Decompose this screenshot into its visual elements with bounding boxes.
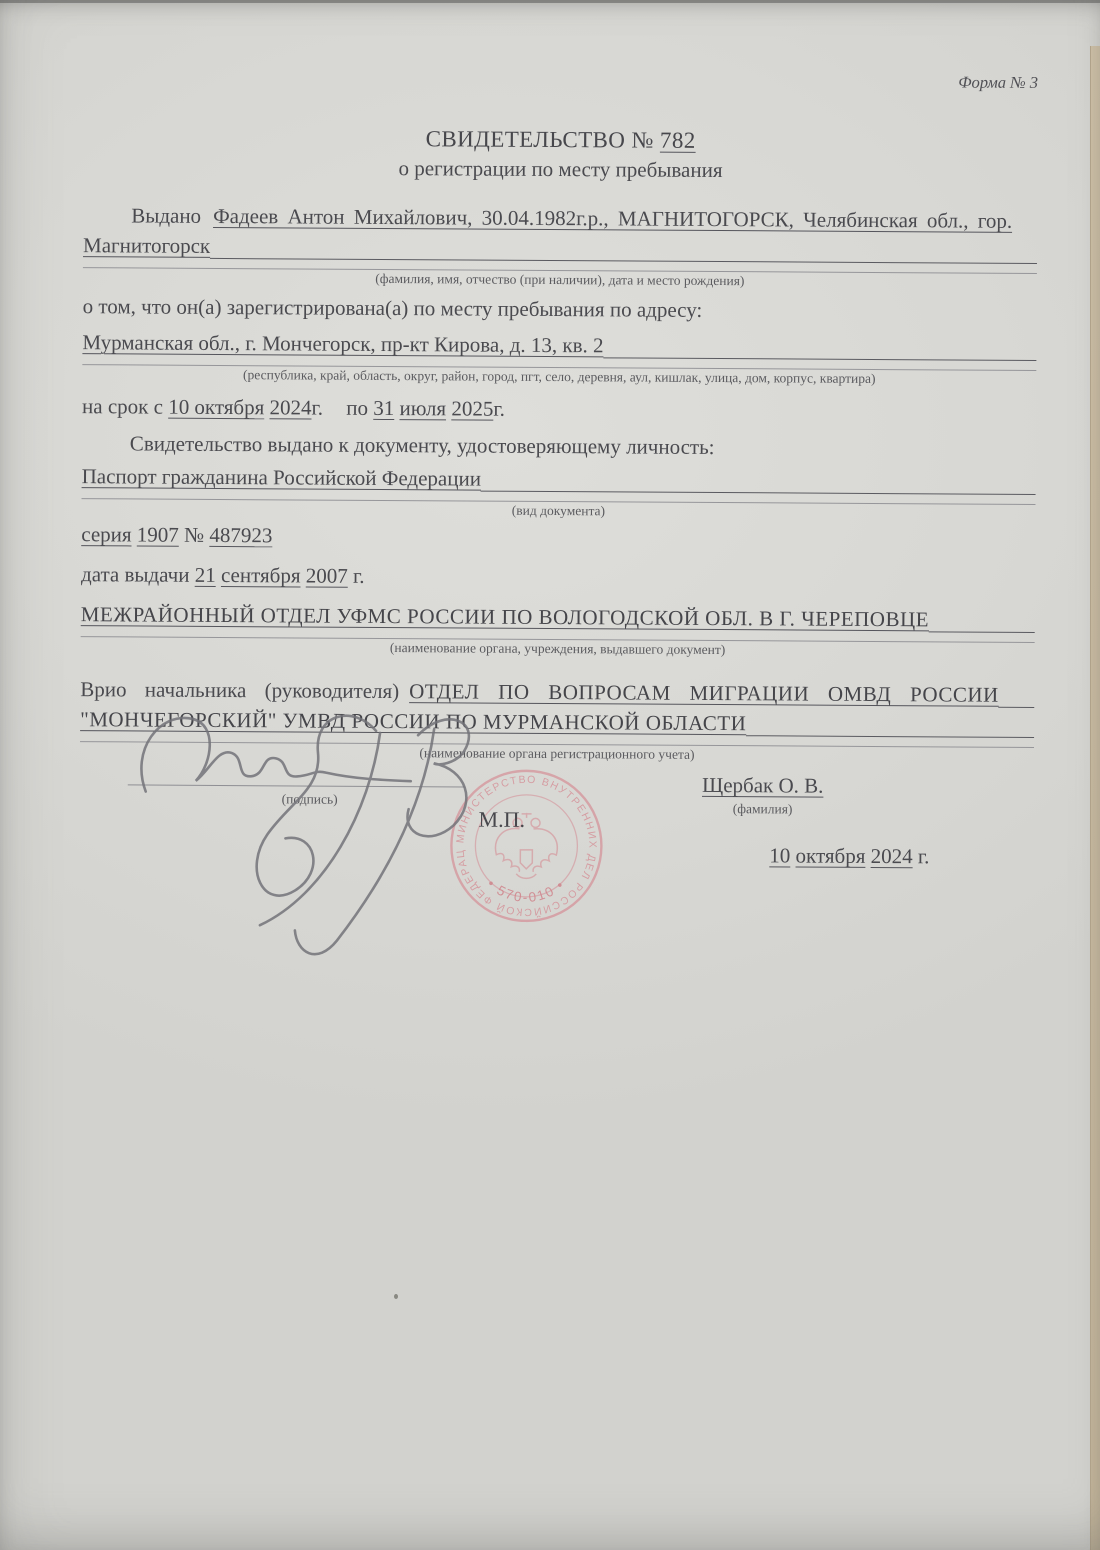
term-to-month: июля xyxy=(399,396,446,420)
stamp-place-mark: М.П. xyxy=(478,807,525,833)
form-number-label: Форма № 3 xyxy=(84,67,1038,93)
blank-line-filler xyxy=(929,604,1035,635)
term-from-year: 2024 xyxy=(269,395,311,419)
certificate-number: 782 xyxy=(660,128,696,153)
date-month: октября xyxy=(796,844,866,868)
term-to-label: по xyxy=(328,396,368,420)
address-line: Мурманская обл., г. Мончегорск, пр-кт Ки… xyxy=(82,327,1036,371)
blank-line-filler xyxy=(746,708,1034,740)
issue-date-line: дата выдачи 21 сентября 2007 г. xyxy=(81,559,1035,595)
date-year: 2024 xyxy=(871,844,913,868)
passport-number: 487923 xyxy=(209,523,272,547)
handwritten-signature xyxy=(116,691,518,1033)
surname-caption: (фамилия) xyxy=(678,800,848,818)
registered-statement: о том, что он(а) зарегистрирована(а) по … xyxy=(83,291,1037,327)
issue-day: 21 xyxy=(195,563,216,587)
table-surface-edge xyxy=(1090,46,1100,1550)
certificate-date: 10 октября 2024 г. xyxy=(769,840,929,871)
year-suffix: г. xyxy=(493,397,505,421)
blank-line-filler xyxy=(999,680,1035,710)
term-to-year: 2025 xyxy=(451,396,493,420)
number-sign: № xyxy=(184,523,204,547)
year-suffix: г. xyxy=(311,396,323,420)
official-surname: Щербак О. В. xyxy=(702,773,824,798)
blank-line-filler xyxy=(603,330,1036,363)
issue-date-label: дата выдачи xyxy=(81,562,190,587)
year-suffix: г. xyxy=(918,844,930,868)
term-from-daymonth: 10 октября xyxy=(168,395,264,420)
person-city: Магнитогорск xyxy=(83,230,210,261)
signature-and-stamp-area: (подпись) xyxy=(78,761,1034,1107)
passport-series: 1907 xyxy=(137,522,179,546)
certificate-document: Форма № 3 СВИДЕТЕЛЬСТВО № 782 о регистра… xyxy=(0,0,1100,1550)
issued-label: Выдано xyxy=(131,200,201,230)
term-line: на срок с 10 октября 2024г. по 31 июля 2… xyxy=(82,391,1036,427)
blank-line-filler xyxy=(210,231,1037,266)
series-line: серия 1907 № 487923 xyxy=(81,519,1035,555)
term-to-day: 31 xyxy=(373,396,394,420)
issued-to-line2: Магнитогорск xyxy=(83,230,1037,274)
term-label: на срок с xyxy=(82,394,163,418)
date-day: 10 xyxy=(769,843,790,867)
series-label: серия xyxy=(81,522,131,546)
issuing-authority: МЕЖРАЙОННЫЙ ОТДЕЛ УФМС РОССИИ ПО ВОЛОГОД… xyxy=(81,599,929,634)
title-text: СВИДЕТЕЛЬСТВО № xyxy=(426,126,660,152)
issue-year: 2007 xyxy=(306,564,348,588)
identity-intro: Свидетельство выдано к документу, удосто… xyxy=(130,428,1036,464)
document-type: Паспорт гражданина Российской Федерации xyxy=(82,461,482,493)
person-name-birth: Фадеев Антон Михайлович, 30.04.1982г.р.,… xyxy=(213,201,1012,236)
issuing-authority-line: МЕЖРАЙОННЫЙ ОТДЕЛ УФМС РОССИИ ПО ВОЛОГОД… xyxy=(81,599,1035,643)
scanned-certificate-photo: Форма № 3 СВИДЕТЕЛЬСТВО № 782 о регистра… xyxy=(0,0,1100,1550)
stay-address: Мурманская обл., г. Мончегорск, пр-кт Ки… xyxy=(82,327,603,360)
issue-month: сентября xyxy=(221,563,301,587)
year-suffix: г. xyxy=(353,564,365,588)
surname-block: Щербак О. В. (фамилия) xyxy=(678,770,848,818)
document-type-line: Паспорт гражданина Российской Федерации xyxy=(82,461,1036,505)
blank-line-filler xyxy=(481,464,1036,497)
document-subtitle: о регистрации по месту пребывания xyxy=(83,152,1037,186)
